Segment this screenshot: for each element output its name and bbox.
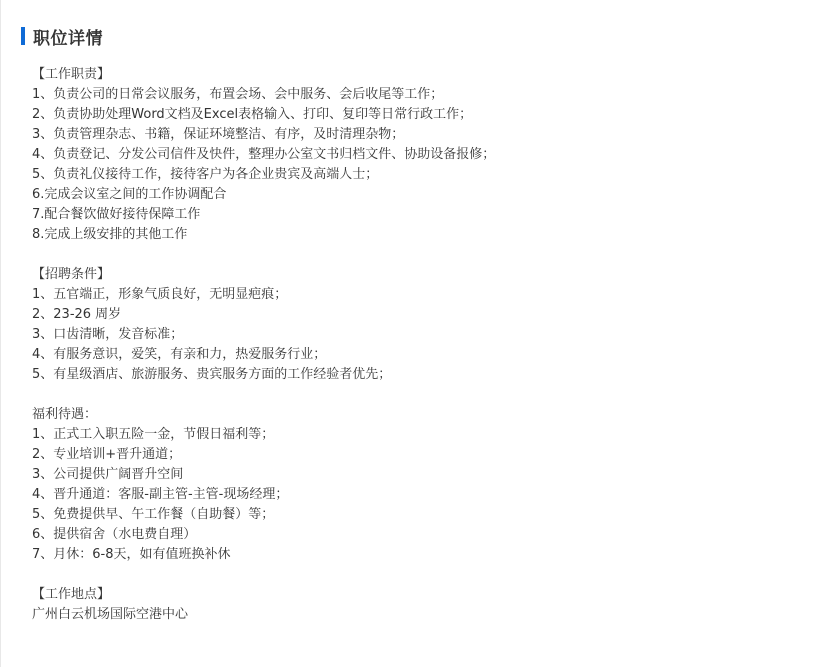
list-item: 8.完成上级安排的其他工作: [32, 225, 792, 245]
list-item: 1、负责公司的日常会议服务，布置会场、会中服务、会后收尾等工作；: [32, 85, 792, 105]
list-item: 4、负责登记、分发公司信件及快件，整理办公室文书归档文件、协助设备报修；: [32, 145, 792, 165]
block-heading: 【工作职责】: [32, 65, 792, 85]
section-title: 职位详情: [33, 24, 103, 49]
list-item: 2、负责协助处理Word文档及Excel表格输入、打印、复印等日常行政工作；: [32, 105, 792, 125]
list-item: 2、23-26 周岁: [32, 305, 792, 325]
section-header: 职位详情: [21, 24, 103, 48]
list-item: 7.配合餐饮做好接待保障工作: [32, 205, 792, 225]
list-item: 4、晋升通道：客服-副主管-主管-现场经理；: [32, 485, 792, 505]
list-item: 6、提供宿舍（水电费自理）: [32, 525, 792, 545]
location-block: 【工作地点】 广州白云机场国际空港中心: [32, 585, 792, 625]
block-heading: 福利待遇：: [32, 405, 792, 425]
job-description: 【工作职责】 1、负责公司的日常会议服务，布置会场、会中服务、会后收尾等工作； …: [32, 65, 792, 645]
list-item: 7、月休：6-8天，如有值班换补休: [32, 545, 792, 565]
accent-bar: [21, 27, 25, 45]
list-item: 2、专业培训+晋升通道；: [32, 445, 792, 465]
benefits-block: 福利待遇： 1、正式工入职五险一金，节假日福利等； 2、专业培训+晋升通道； 3…: [32, 405, 792, 565]
block-heading: 【工作地点】: [32, 585, 792, 605]
responsibilities-block: 【工作职责】 1、负责公司的日常会议服务，布置会场、会中服务、会后收尾等工作； …: [32, 65, 792, 245]
list-item: 4、有服务意识，爱笑，有亲和力，热爱服务行业；: [32, 345, 792, 365]
requirements-block: 【招聘条件】 1、五官端正，形象气质良好，无明显疤痕； 2、23-26 周岁 3…: [32, 265, 792, 385]
job-detail-panel: 职位详情 【工作职责】 1、负责公司的日常会议服务，布置会场、会中服务、会后收尾…: [0, 0, 828, 667]
list-item: 1、正式工入职五险一金，节假日福利等；: [32, 425, 792, 445]
list-item: 5、有星级酒店、旅游服务、贵宾服务方面的工作经验者优先；: [32, 365, 792, 385]
work-location: 广州白云机场国际空港中心: [32, 605, 792, 625]
block-heading: 【招聘条件】: [32, 265, 792, 285]
list-item: 3、公司提供广阔晋升空间: [32, 465, 792, 485]
list-item: 3、口齿清晰，发音标准；: [32, 325, 792, 345]
list-item: 5、免费提供早、午工作餐（自助餐）等；: [32, 505, 792, 525]
list-item: 1、五官端正，形象气质良好，无明显疤痕；: [32, 285, 792, 305]
list-item: 5、负责礼仪接待工作，接待客户为各企业贵宾及高端人士；: [32, 165, 792, 185]
list-item: 6.完成会议室之间的工作协调配合: [32, 185, 792, 205]
list-item: 3、负责管理杂志、书籍，保证环境整洁、有序，及时清理杂物；: [32, 125, 792, 145]
